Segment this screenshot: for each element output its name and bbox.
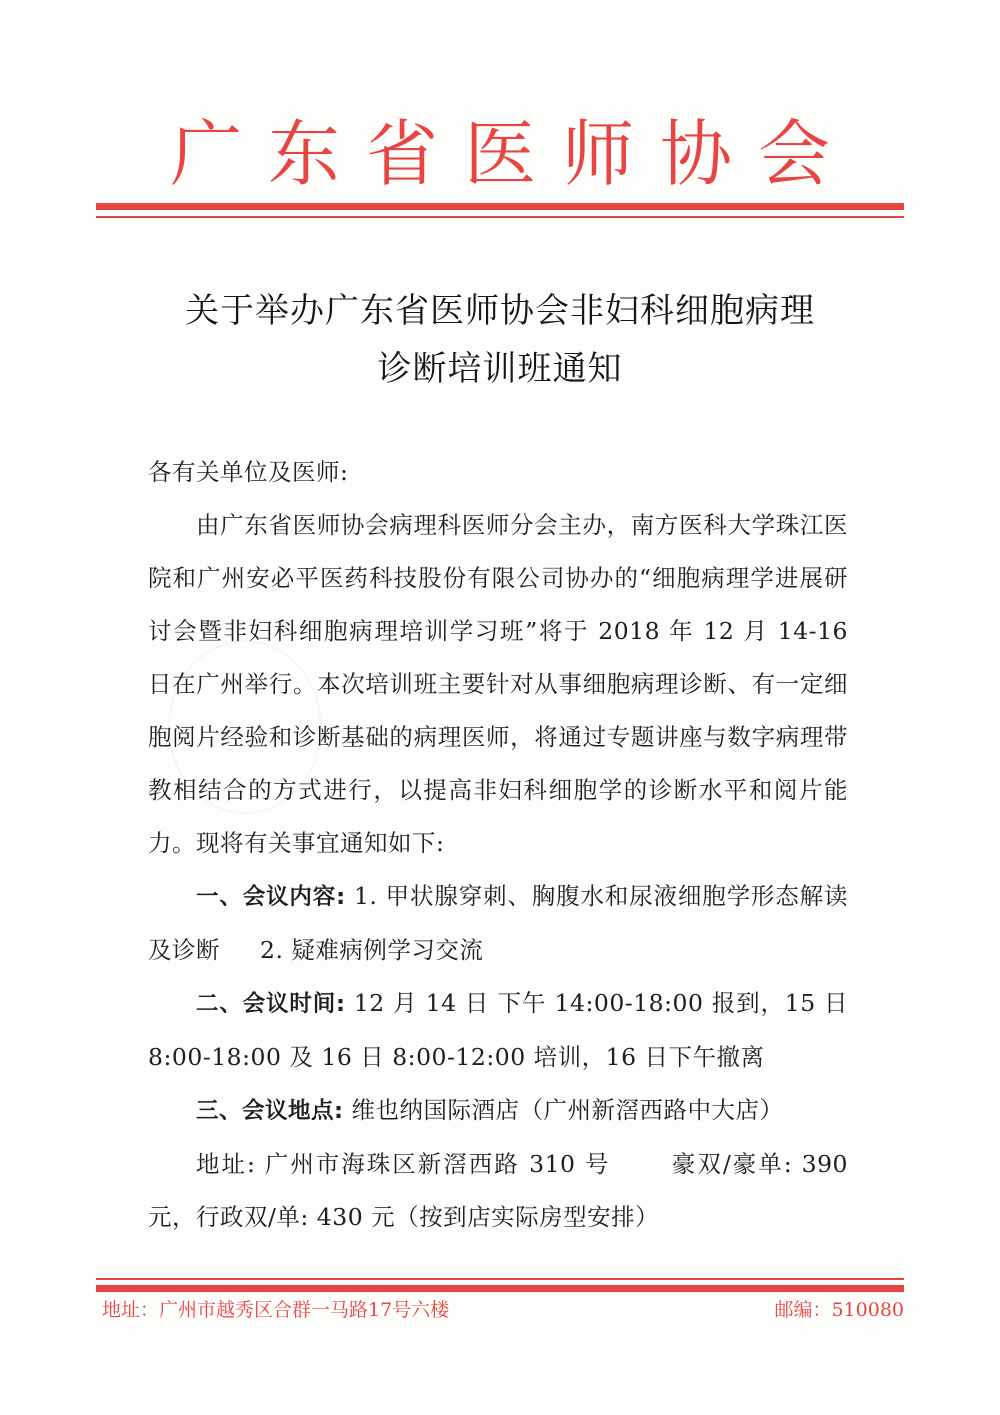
document-title-line2: 诊断培训班通知 xyxy=(0,340,1000,398)
section-venue-label: 三、会议地点: xyxy=(196,1098,344,1124)
section-venue: 三、会议地点: 维也纳国际酒店（广州新滘西路中大店） xyxy=(148,1084,848,1138)
letterhead-org-name: 广东省医师协会 xyxy=(0,112,1000,196)
section-time: 二、会议时间: 12 月 14 日 下午 14:00-18:00 报到，15 日… xyxy=(148,977,848,1084)
letterhead-footer: 地址：广州市越秀区合群一马路17号六楼 邮编：510080 xyxy=(102,1296,904,1324)
document-title-line1: 关于举办广东省医师协会非妇科细胞病理 xyxy=(0,282,1000,340)
hotel-address: 地址: 广州市海珠区新滘西路 310 号 xyxy=(196,1150,610,1178)
section-content-label: 一、会议内容: xyxy=(196,884,346,910)
document-body: 各有关单位及医师: 由广东省医师协会病理科医师分会主办，南方医科大学珠江医院和广… xyxy=(148,446,848,1244)
footer-postcode: 邮编：510080 xyxy=(774,1296,904,1324)
salutation: 各有关单位及医师: xyxy=(148,446,848,499)
footer-address: 地址：广州市越秀区合群一马路17号六楼 xyxy=(102,1296,449,1324)
section-content-item2: 2. 疑难病例学习交流 xyxy=(260,936,483,964)
section-time-label: 二、会议时间: xyxy=(196,991,346,1017)
intro-paragraph: 由广东省医师协会病理科医师分会主办，南方医科大学珠江医院和广州安必平医药科技股份… xyxy=(148,499,848,870)
header-rule-thick xyxy=(96,203,904,210)
hotel-info: 地址: 广州市海珠区新滘西路 310 号豪双/豪单: 390 元，行政双/单: … xyxy=(148,1138,848,1244)
footer-rule-thin xyxy=(96,1278,904,1280)
section-venue-text: 维也纳国际酒店（广州新滘西路中大店） xyxy=(351,1096,783,1124)
footer-rule-thick xyxy=(96,1285,904,1292)
document-title: 关于举办广东省医师协会非妇科细胞病理 诊断培训班通知 xyxy=(0,282,1000,398)
section-content: 一、会议内容: 1. 甲状腺穿刺、胸腹水和尿液细胞学形态解读及诊断2. 疑难病例… xyxy=(148,870,848,977)
header-rule-thin xyxy=(96,216,904,218)
